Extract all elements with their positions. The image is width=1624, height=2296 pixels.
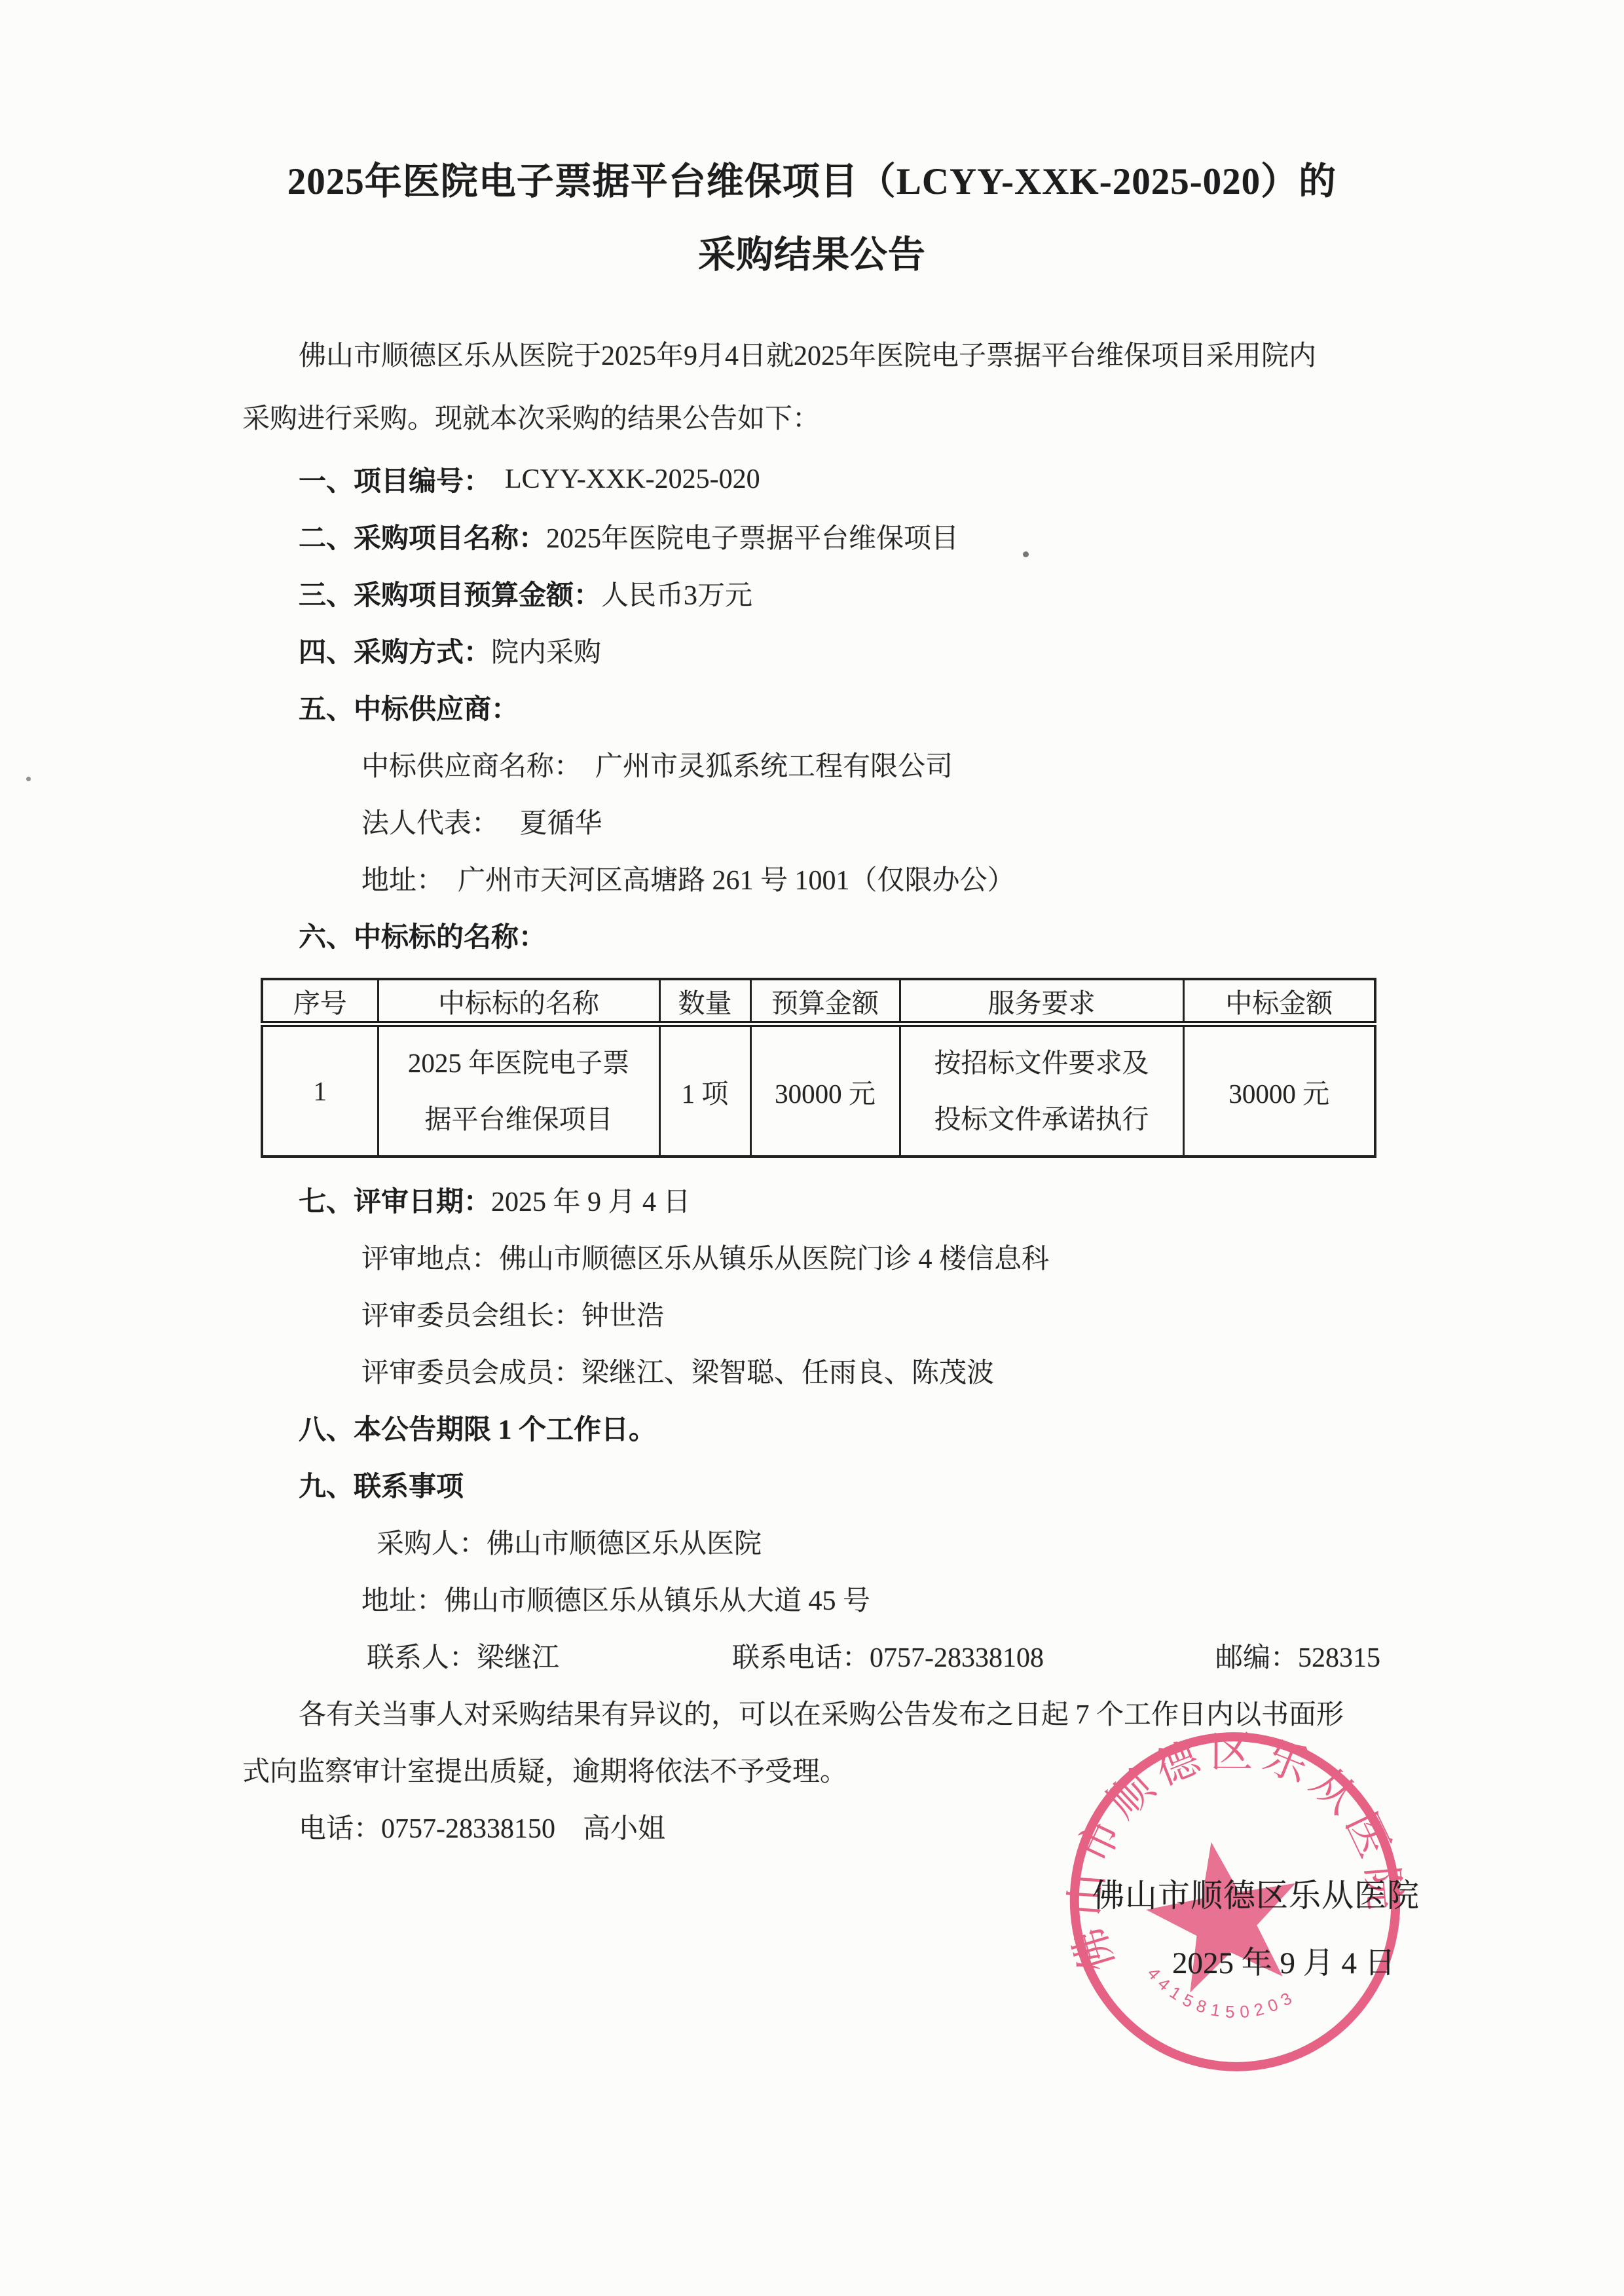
supplier-name-label: 中标供应商名称：: [361, 745, 581, 784]
legal-rep-line: 法人代表： 夏循华: [242, 792, 1382, 849]
buyer-line: 采购人：佛山市顺德区乐从医院: [242, 1513, 1382, 1570]
review-place-line: 评审地点：佛山市顺德区乐从镇乐从医院门诊 4 楼信息科: [242, 1228, 1382, 1285]
item-project-number-label: 一、项目编号：: [299, 460, 491, 499]
cell-award-name-line2: 据平台维保项目: [379, 1091, 659, 1147]
cell-service-req-line2: 投标文件承诺执行: [901, 1091, 1183, 1147]
item-winning-supplier: 五、中标供应商：: [242, 678, 1382, 735]
cell-service-req-line1: 按招标文件要求及: [901, 1035, 1183, 1091]
item-notice-period-label: 八、本公告期限 1 个工作日。: [299, 1408, 656, 1447]
item-budget-value: 人民币3万元: [601, 574, 752, 613]
document-page: 2025年医院电子票据平台维保项目（LCYY-XXK-2025-020）的 采购…: [0, 0, 1624, 2296]
header-award-name: 中标标的名称: [378, 979, 659, 1024]
contact-person: 联系人：梁继江: [367, 1636, 559, 1675]
item-budget-label: 三、采购项目预算金额：: [299, 574, 601, 613]
intro-line-1: 佛山市顺德区乐从医院于2025年9月4日就2025年医院电子票据平台维保项目采用…: [242, 325, 1382, 388]
cell-seq: 1: [262, 1024, 378, 1157]
title-line-1: 2025年医院电子票据平台维保项目（LCYY-XXK-2025-020）的: [242, 145, 1382, 219]
item-budget: 三、采购项目预算金额：人民币3万元: [242, 565, 1382, 621]
supplier-name-value: 广州市灵狐系统工程有限公司: [581, 745, 953, 784]
item-award-name: 六、中标标的名称：: [242, 906, 1382, 963]
seal-overlay-date: 2025 年 9 月 4 日: [1172, 1938, 1395, 1982]
cell-qty: 1 项: [659, 1024, 750, 1157]
item-notice-period: 八、本公告期限 1 个工作日。: [242, 1399, 1382, 1456]
supplier-address-label: 地址：: [361, 859, 444, 898]
review-chair-line: 评审委员会组长：钟世浩: [242, 1285, 1382, 1342]
cell-award-amount: 30000 元: [1183, 1024, 1375, 1157]
header-service-req: 服务要求: [900, 979, 1183, 1024]
item-project-name: 二、采购项目名称：2025年医院电子票据平台维保项目: [242, 508, 1382, 565]
header-seq: 序号: [262, 979, 378, 1024]
item-project-number-value: LCYY-XXK-2025-020: [491, 464, 760, 495]
item-review-date-label: 七、评审日期：: [299, 1180, 491, 1219]
cell-award-name: 2025 年医院电子票 据平台维保项目: [378, 1024, 659, 1157]
item-project-name-label: 二、采购项目名称：: [299, 517, 546, 556]
contact-phone: 联系电话：0757-28338108: [732, 1636, 1044, 1675]
title-line-2: 采购结果公告: [242, 219, 1382, 292]
item-award-name-label: 六、中标标的名称：: [299, 916, 546, 955]
header-budget: 预算金额: [750, 979, 900, 1024]
item-review-date: 七、评审日期：2025 年 9 月 4 日: [242, 1171, 1382, 1228]
item-project-number: 一、项目编号： LCYY-XXK-2025-020: [242, 451, 1382, 508]
supplier-address-value: 广州市天河区高塘路 261 号 1001（仅限办公）: [444, 859, 1015, 898]
item-method-value: 院内采购: [491, 631, 601, 670]
contact-row: 联系人：梁继江 联系电话：0757-28338108 邮编：528315: [242, 1627, 1382, 1684]
cell-budget: 30000 元: [750, 1024, 900, 1157]
intro-paragraph: 佛山市顺德区乐从医院于2025年9月4日就2025年医院电子票据平台维保项目采用…: [242, 325, 1382, 451]
legal-rep-label: 法人代表：: [361, 802, 499, 841]
document-content: 2025年医院电子票据平台维保项目（LCYY-XXK-2025-020）的 采购…: [242, 0, 1382, 1855]
item-project-name-value: 2025年医院电子票据平台维保项目: [546, 517, 959, 556]
header-qty: 数量: [659, 979, 750, 1024]
cell-service-req: 按招标文件要求及 投标文件承诺执行: [900, 1024, 1183, 1157]
cell-award-name-line1: 2025 年医院电子票: [379, 1035, 659, 1091]
item-winning-supplier-label: 五、中标供应商：: [299, 688, 519, 727]
item-contact-matters-label: 九、联系事项: [299, 1465, 464, 1504]
supplier-address-line: 地址： 广州市天河区高塘路 261 号 1001（仅限办公）: [242, 849, 1382, 906]
review-members-line: 评审委员会成员：梁继江、梁智聪、任雨良、陈茂波: [242, 1342, 1382, 1399]
scan-artifact-dot: [26, 777, 31, 781]
buyer-address-line: 地址：佛山市顺德区乐从镇乐从大道 45 号: [242, 1570, 1382, 1627]
legal-rep-value: 夏循华: [499, 802, 602, 841]
item-review-date-value: 2025 年 9 月 4 日: [491, 1180, 691, 1219]
title: 2025年医院电子票据平台维保项目（LCYY-XXK-2025-020）的 采购…: [242, 145, 1382, 292]
header-award-amount: 中标金额: [1183, 979, 1375, 1024]
supplier-name-line: 中标供应商名称： 广州市灵狐系统工程有限公司: [242, 735, 1382, 792]
seal-overlay-hospital-name: 佛山市顺德区乐从医院: [1092, 1870, 1420, 1916]
item-method: 四、采购方式：院内采购: [242, 621, 1382, 678]
item-method-label: 四、采购方式：: [299, 631, 491, 670]
scan-artifact-dot: [1023, 551, 1029, 557]
award-table-data-row: 1 2025 年医院电子票 据平台维保项目 1 项 30000 元 按招标文件要…: [262, 1024, 1375, 1157]
award-table: 序号 中标标的名称 数量 预算金额 服务要求 中标金额 1 2025 年医院电子…: [261, 978, 1376, 1158]
item-contact-matters: 九、联系事项: [242, 1456, 1382, 1513]
intro-line-2: 采购进行采购。现就本次采购的结果公告如下：: [242, 388, 1382, 451]
contact-postcode: 邮编：528315: [1215, 1636, 1380, 1675]
award-table-header-row: 序号 中标标的名称 数量 预算金额 服务要求 中标金额: [262, 979, 1375, 1024]
